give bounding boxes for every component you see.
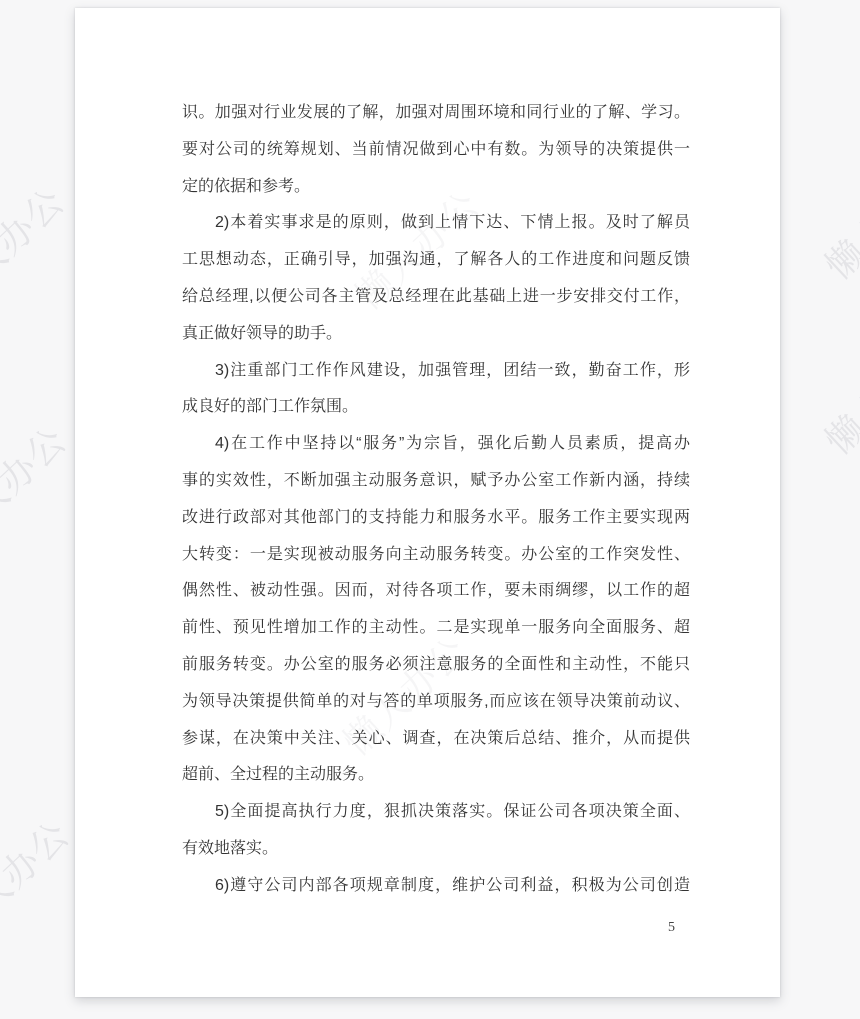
watermark: 懒人办公 xyxy=(0,412,76,555)
watermark: 懒人办公 xyxy=(811,146,860,289)
text-line: 6)遵守公司内部各项规章制度，维护公司利益，积极为公司创造 xyxy=(182,868,690,905)
text-line: 工思想动态，正确引导，加强沟通，了解各人的工作进度和问题反馈 xyxy=(182,242,690,279)
text-line: 给总经理,以便公司各主管及总经理在此基础上进一步安排交付工作， xyxy=(182,279,690,316)
text-line: 前服务转变。办公室的服务必须注意服务的全面性和主动性，不能只 xyxy=(182,647,690,684)
text-line: 成良好的部门工作氛围。 xyxy=(182,389,690,426)
paragraph: 5)全面提高执行力度，狠抓决策落实。保证公司各项决策全面、有效地落实。 xyxy=(182,794,690,868)
text-line: 超前、全过程的主动服务。 xyxy=(182,757,690,794)
watermark: 懒人办公 xyxy=(0,806,79,949)
paragraph: 4)在工作中坚持以“服务”为宗旨，强化后勤人员素质，提高办事的实效性，不断加强主… xyxy=(182,426,690,794)
watermark: 懒人办公 xyxy=(0,173,74,316)
text-line: 识。加强对行业发展的了解，加强对周围环境和同行业的了解、学习。 xyxy=(182,95,690,132)
text-line: 参谋，在决策中关注、关心、调查，在决策后总结、推介，从而提供 xyxy=(182,721,690,758)
paragraph: 识。加强对行业发展的了解，加强对周围环境和同行业的了解、学习。要对公司的统筹规划… xyxy=(182,95,690,205)
text-line: 要对公司的统筹规划、当前情况做到心中有数。为领导的决策提供一 xyxy=(182,132,690,169)
text-line: 改进行政部对其他部门的支持能力和服务水平。服务工作主要实现两 xyxy=(182,500,690,537)
text-line: 大转变：一是实现被动服务向主动服务转变。办公室的工作突发性、 xyxy=(182,537,690,574)
text-line: 为领导决策提供简单的对与答的单项服务,而应该在领导决策前动议、 xyxy=(182,684,690,721)
paragraph: 3)注重部门工作作风建设，加强管理，团结一致，勤奋工作，形成良好的部门工作氛围。 xyxy=(182,353,690,427)
document-page: 识。加强对行业发展的了解，加强对周围环境和同行业的了解、学习。要对公司的统筹规划… xyxy=(75,8,780,997)
watermark: 懒人办公 xyxy=(811,321,860,464)
paragraph: 6)遵守公司内部各项规章制度，维护公司利益，积极为公司创造 xyxy=(182,868,690,905)
text-line: 5)全面提高执行力度，狠抓决策落实。保证公司各项决策全面、 xyxy=(182,794,690,831)
text-line: 4)在工作中坚持以“服务”为宗旨，强化后勤人员素质，提高办 xyxy=(182,426,690,463)
text-line: 事的实效性，不断加强主动服务意识，赋予办公室工作新内涵，持续 xyxy=(182,463,690,500)
text-line: 有效地落实。 xyxy=(182,831,690,868)
text-line: 真正做好领导的助手。 xyxy=(182,316,690,353)
paragraph: 2)本着实事求是的原则，做到上情下达、下情上报。及时了解员工思想动态，正确引导，… xyxy=(182,205,690,352)
text-line: 前性、预见性增加工作的主动性。二是实现单一服务向全面服务、超 xyxy=(182,610,690,647)
text-line: 3)注重部门工作作风建设，加强管理，团结一致，勤奋工作，形 xyxy=(182,353,690,390)
text-line: 定的依据和参考。 xyxy=(182,169,690,206)
page-number: 5 xyxy=(75,920,675,936)
page-content: 识。加强对行业发展的了解，加强对周围环境和同行业的了解、学习。要对公司的统筹规划… xyxy=(182,95,690,905)
text-line: 2)本着实事求是的原则，做到上情下达、下情上报。及时了解员 xyxy=(182,205,690,242)
text-line: 偶然性、被动性强。因而，对待各项工作，要未雨绸缪，以工作的超 xyxy=(182,573,690,610)
